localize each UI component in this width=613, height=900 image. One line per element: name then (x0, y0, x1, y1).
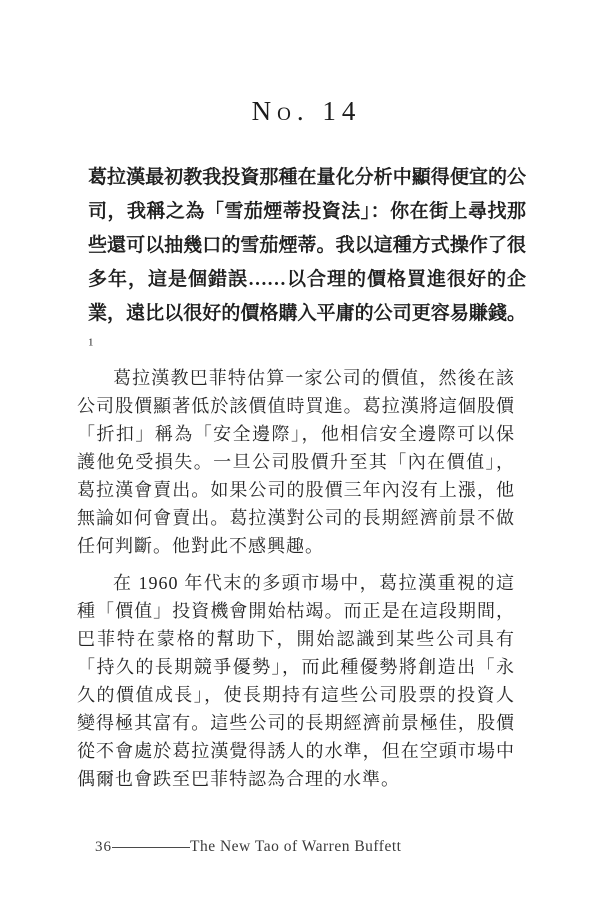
footnote-marker: 1 (88, 337, 94, 349)
quote-paragraph: 葛拉漢最初教我投資那種在量化分析中顯得便宜的公司，我稱之為「雪茄煙蒂投資法」：你… (88, 161, 526, 365)
book-page: No. 14 葛拉漢最初教我投資那種在量化分析中顯得便宜的公司，我稱之為「雪茄煙… (0, 0, 613, 900)
body-paragraph-2: 在 1960 年代末的多頭市場中，葛拉漢重視的這種「價值」投資機會開始枯竭。而正… (77, 569, 515, 793)
page-number: 36 (95, 839, 112, 856)
page-footer: 36 The New Tao of Warren Buffett (95, 838, 401, 856)
body-paragraph-1: 葛拉漢教巴菲特估算一家公司的價值，然後在該公司股價顯著低於該價值時買進。葛拉漢將… (77, 364, 515, 560)
footer-rule (112, 847, 190, 848)
quote-text: 葛拉漢最初教我投資那種在量化分析中顯得便宜的公司，我稱之為「雪茄煙蒂投資法」：你… (88, 167, 526, 324)
book-title: The New Tao of Warren Buffett (190, 838, 401, 856)
chapter-title: No. 14 (0, 96, 613, 127)
